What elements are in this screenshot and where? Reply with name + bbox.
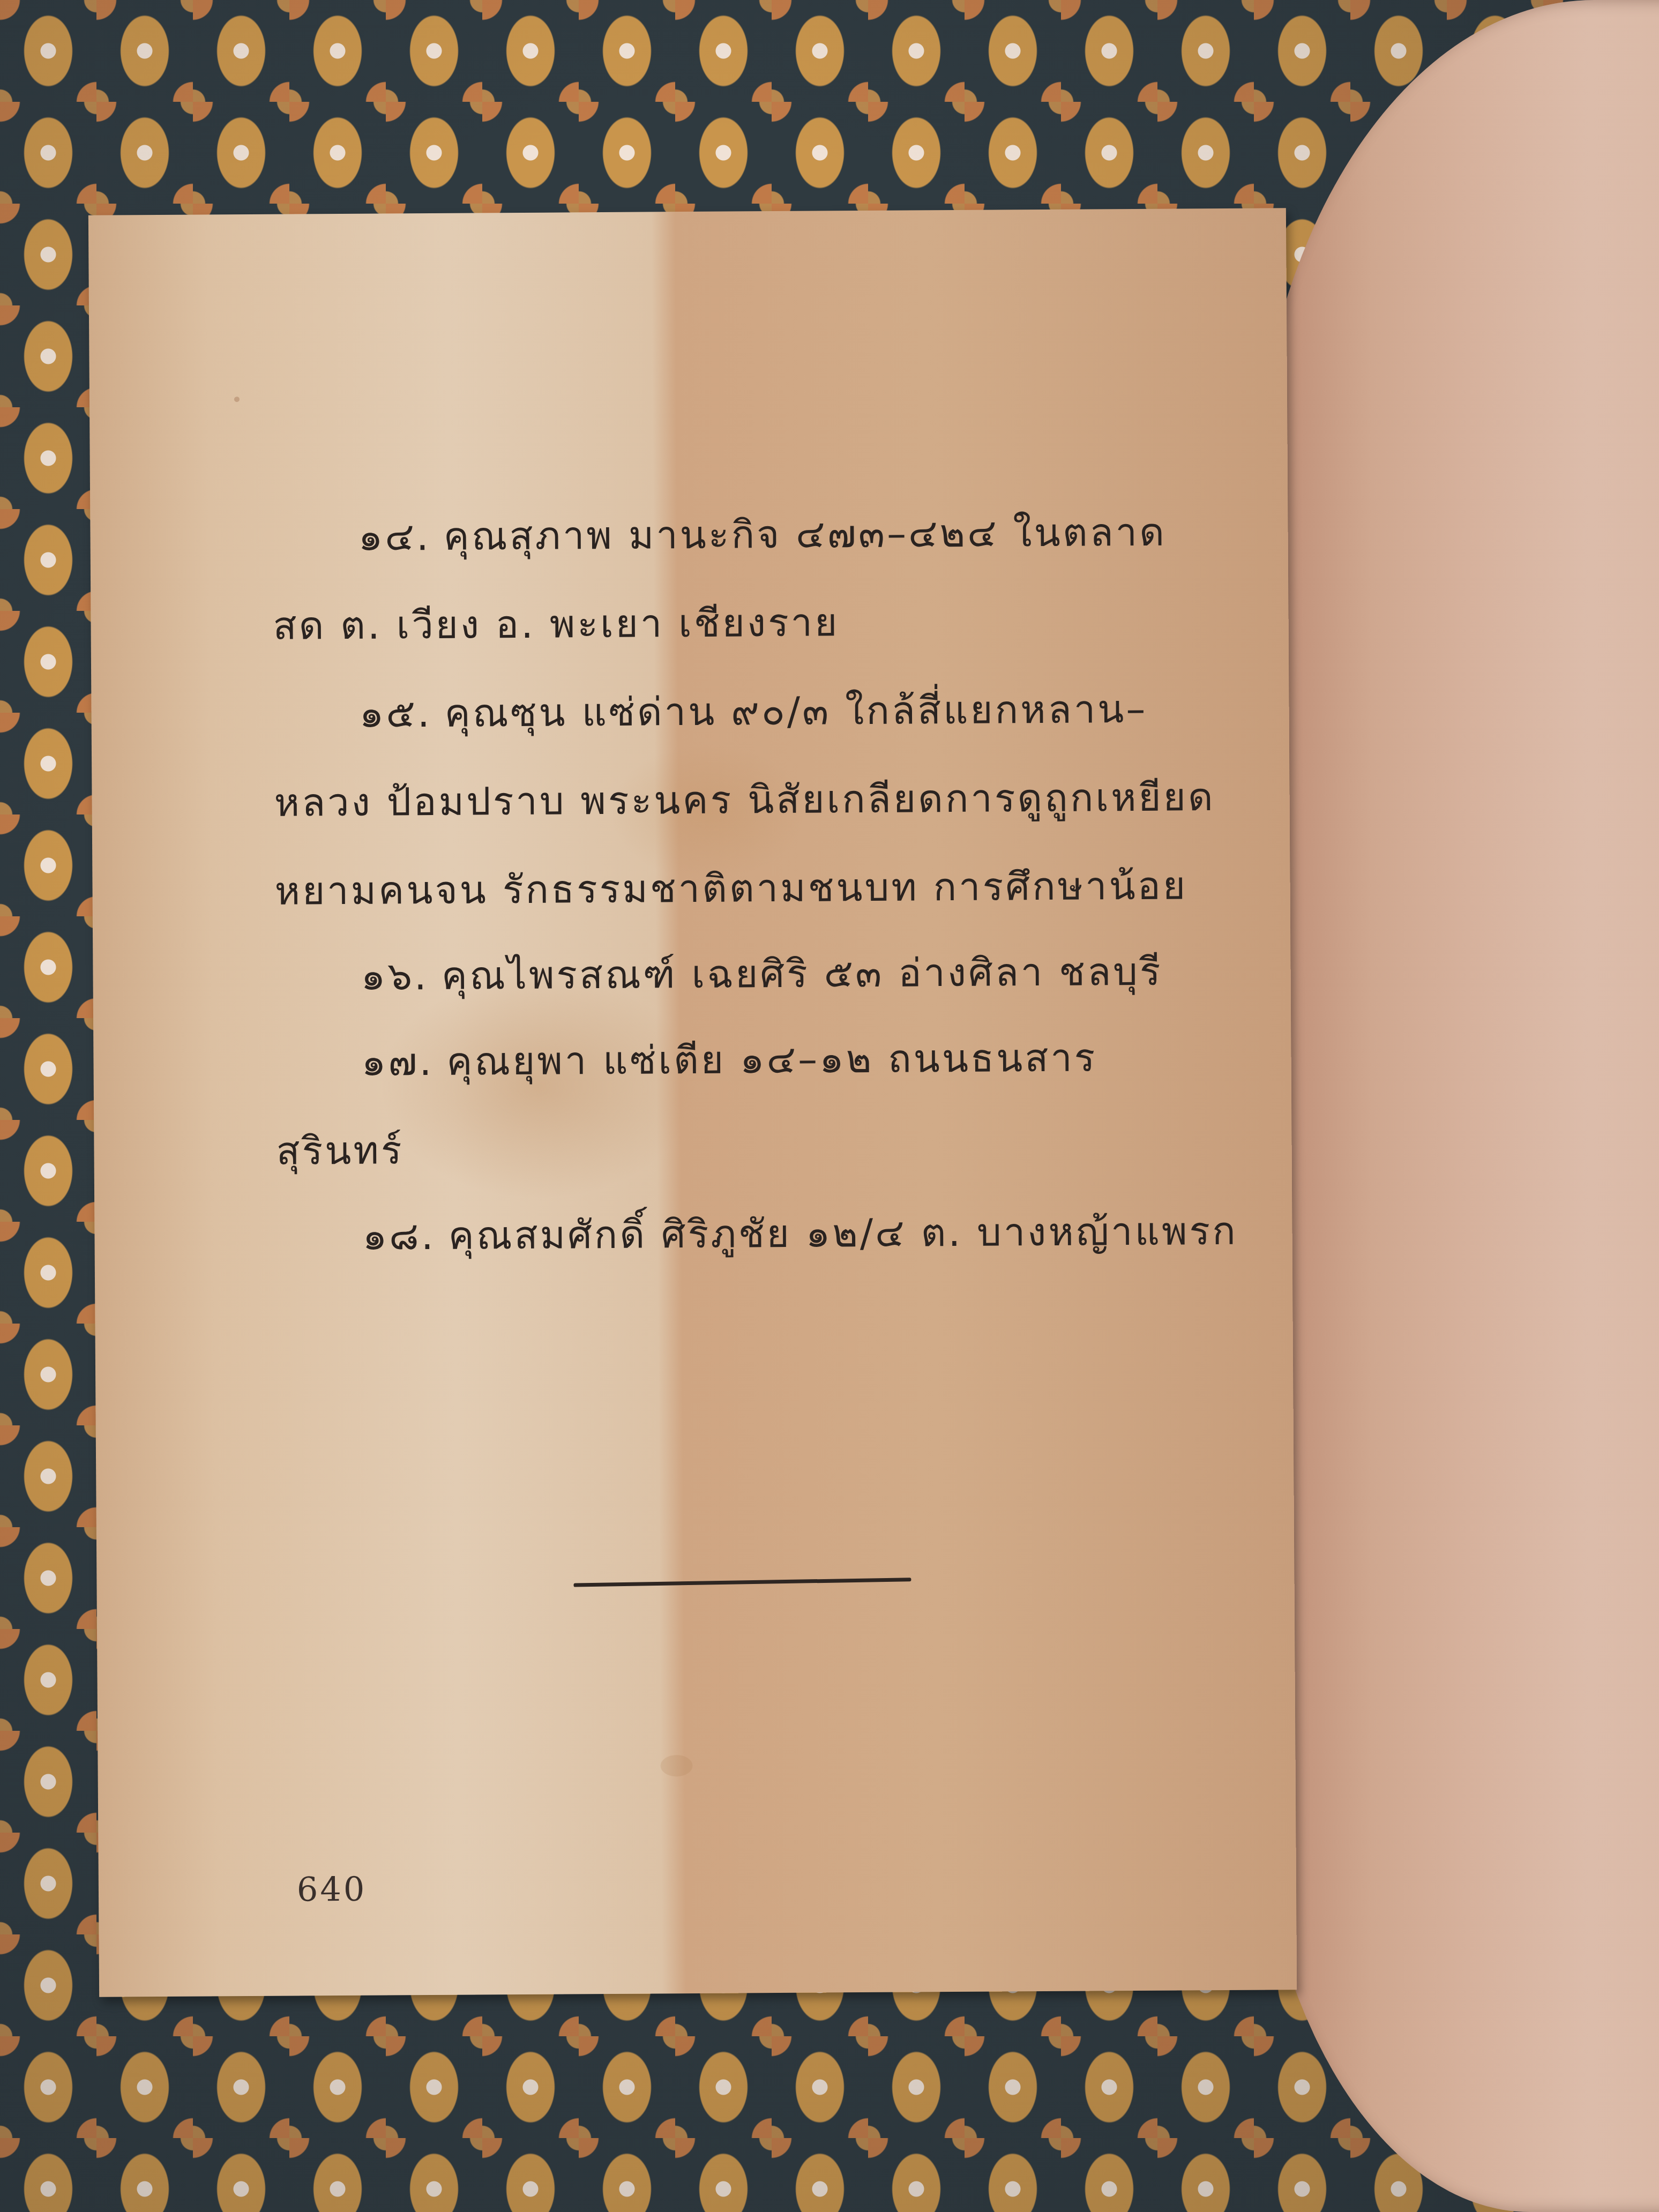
entry-15-line-3: หยามคนจน รักธรรมชาติตามชนบท การศึกษาน้อย	[274, 854, 1187, 921]
entry-14-line-2: สด ต. เวียง อ. พะเยา เชียงราย	[273, 591, 839, 656]
entry-number: ๑๖.	[361, 953, 429, 999]
paper-stain	[660, 1755, 692, 1776]
entry-15-line-2: หลวง ป้อมปราบ พระนคร นิสัยเกลียดการดูถูก…	[274, 766, 1215, 833]
entry-number: ๑๘.	[362, 1213, 436, 1259]
paper-blemish	[234, 397, 240, 402]
entry-17-line-2: สุรินทร์	[276, 1119, 404, 1181]
entry-number: ๑๕.	[359, 691, 432, 736]
page-text: ๑๔.คุณสุภาพ มานะกิจ ๔๗๓–๔๒๔ ในตลาด สด ต.…	[88, 208, 1297, 1997]
entry-16-line-1: ๑๖.คุณไพรสณฑ์ เฉยศิริ ๕๓ อ่างศิลา ชลบุรี	[361, 940, 1163, 1007]
entry-number: ๑๔.	[358, 514, 431, 559]
facing-page-right	[1251, 0, 1659, 2212]
entry-17-line-1: ๑๗.คุณยุพา แซ่เตีย ๑๔–๑๒ ถนนธนสาร	[361, 1026, 1097, 1092]
entry-14-line-1: ๑๔.คุณสุภาพ มานะกิจ ๔๗๓–๔๒๔ ในตลาด	[358, 501, 1167, 567]
entry-18-line-1: ๑๘.คุณสมศักดิ์ ศิริภูชัย ๑๒/๔ ต. บางหญ้า…	[362, 1200, 1238, 1267]
entry-number: ๑๗.	[361, 1039, 434, 1085]
book-page: ๑๔.คุณสุภาพ มานะกิจ ๔๗๓–๔๒๔ ในตลาด สด ต.…	[88, 208, 1297, 1997]
entry-15-line-1: ๑๕.คุณซุน แซ่ด่าน ๙๐/๓ ใกล้สี่แยกหลาน–	[359, 678, 1148, 744]
page-number: 640	[297, 1870, 367, 1909]
section-separator-rule	[573, 1578, 911, 1587]
